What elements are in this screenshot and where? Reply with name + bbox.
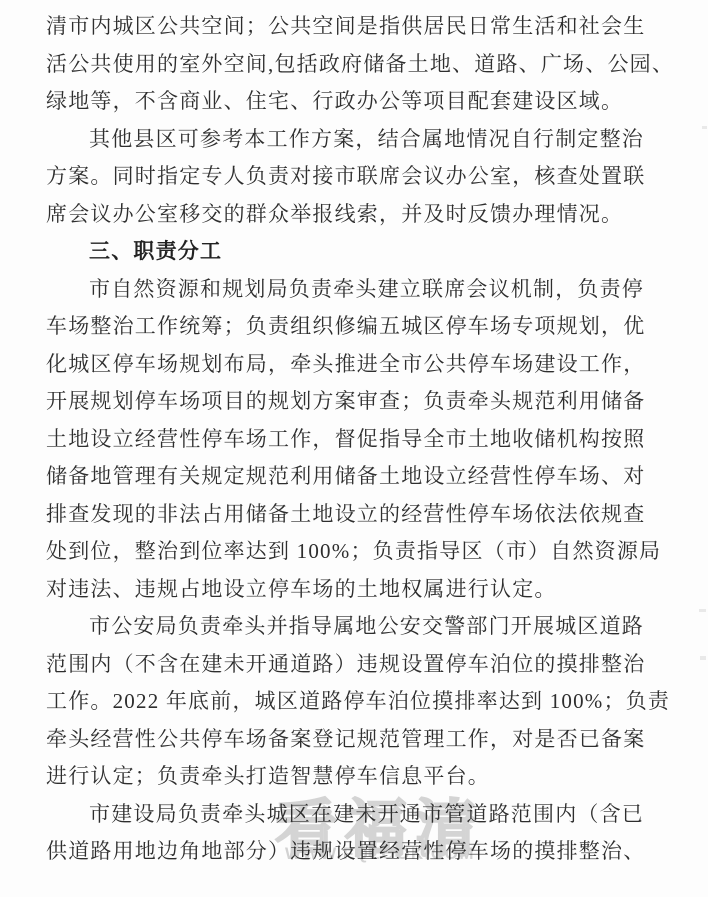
text-line: 化城区停车场规划布局，牵头推进全市公共停车场建设工作，	[46, 346, 650, 384]
scan-artifact	[699, 609, 706, 612]
text-line: 储备地管理有关规定规范利用储备土地设立经营性停车场、对	[46, 458, 650, 496]
text-line: 牵头经营性公共停车场备案登记规范管理工作，对是否已备案	[46, 721, 650, 759]
text-line: 工作。2022 年底前，城区道路停车泊位摸排率达到 100%；负责	[46, 683, 650, 721]
text-line: 绿地等，不含商业、住宅、行政办公等项目配套建设区域。	[46, 83, 650, 121]
text-line: 方案。同时指定专人负责对接市联席会议办公室，核查处置联	[46, 158, 650, 196]
scan-artifact	[700, 656, 706, 660]
section-heading: 三、职责分工	[46, 233, 650, 271]
text-line: 车场整治工作统筹；负责组织修编五城区停车场专项规划，优	[46, 308, 650, 346]
text-line: 对违法、违规占地设立停车场的土地权属进行认定。	[46, 571, 650, 609]
text-line: 其他县区可参考本工作方案，结合属地情况自行制定整治	[46, 121, 650, 159]
text-line: 市自然资源和规划局负责牵头建立联席会议机制，负责停	[46, 271, 650, 309]
text-line: 土地设立经营性停车场工作，督促指导全市土地收储机构按照	[46, 421, 650, 459]
document-body: 清市内城区公共空间；公共空间是指供居民日常生活和社会生活公共使用的室外空间,包括…	[46, 8, 650, 871]
text-line: 排查发现的非法占用储备土地设立的经营性停车场依法依规查	[46, 496, 650, 534]
text-line: 市建设局负责牵头城区在建未开通市管道路范围内（含已	[46, 796, 650, 834]
text-line: 席会议办公室移交的群众举报线索，并及时反馈办理情况。	[46, 196, 650, 234]
text-line: 处到位，整治到位率达到 100%；负责指导区（市）自然资源局	[46, 533, 650, 571]
text-line: 市公安局负责牵头并指导属地公安交警部门开展城区道路	[46, 608, 650, 646]
document-page: 看福清 WWW.FQLOOK.COM 清市内城区公共空间；公共空间是指供居民日常…	[0, 0, 708, 897]
scan-artifact	[702, 126, 707, 129]
text-line: 供道路用地边角地部分）违规设置经营性停车场的摸排整治、	[46, 833, 650, 871]
text-line: 清市内城区公共空间；公共空间是指供居民日常生活和社会生	[46, 8, 650, 46]
text-line: 进行认定；负责牵头打造智慧停车信息平台。	[46, 758, 650, 796]
text-line: 开展规划停车场项目的规划方案审查；负责牵头规范利用储备	[46, 383, 650, 421]
text-line: 范围内（不含在建未开通道路）违规设置停车泊位的摸排整治	[46, 646, 650, 684]
text-line: 活公共使用的室外空间,包括政府储备土地、道路、广场、公园、	[46, 46, 650, 84]
